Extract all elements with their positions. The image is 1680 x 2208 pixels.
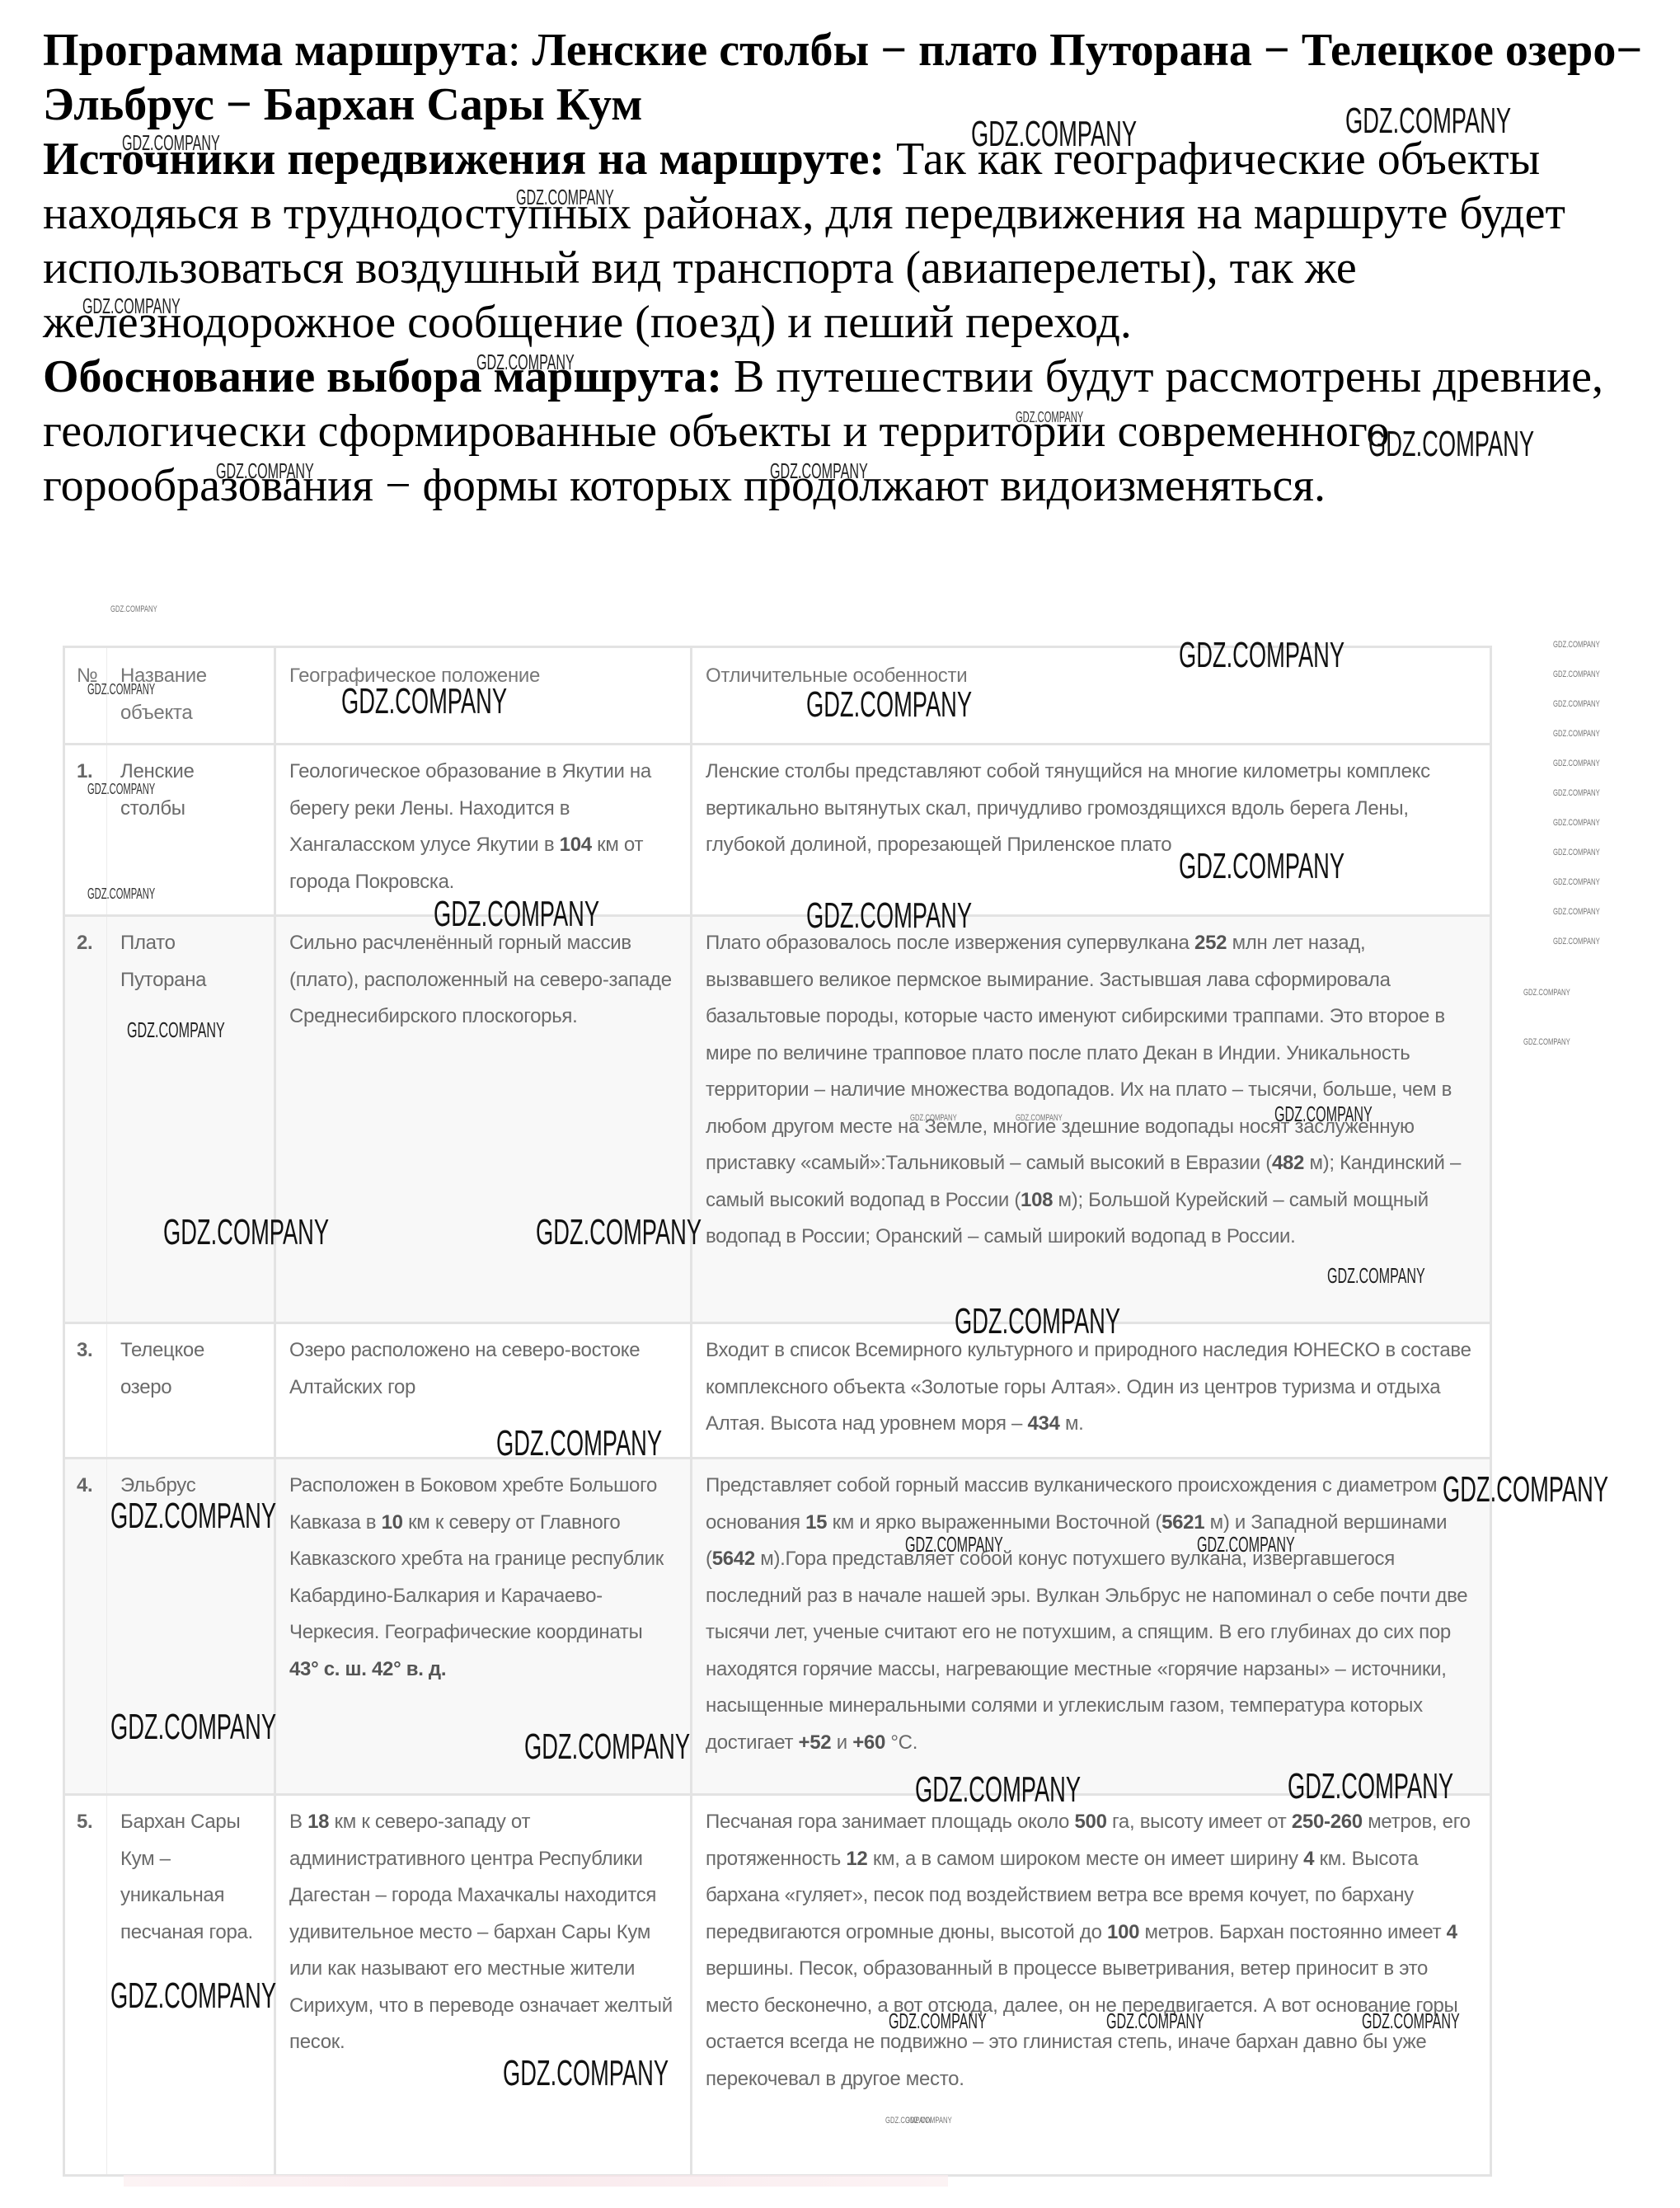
highlighted-value: 12 — [846, 1848, 867, 1870]
header-num: № — [64, 647, 107, 745]
row-features: Песчаная гора занимает площадь около 500… — [692, 1795, 1491, 2176]
highlighted-value: 252 — [1194, 932, 1227, 954]
highlighted-value: 18 — [307, 1811, 329, 1833]
highlighted-value: 108 — [1021, 1189, 1053, 1211]
header-geo: Географическое положение — [275, 647, 692, 745]
cell-text: Сильно расчленённый горный массив (плато… — [289, 932, 672, 1027]
reason-label: Обоснование выбора маршрута: — [43, 351, 722, 402]
watermark: GDZ.COMPANY — [1523, 988, 1570, 998]
header-name: Название объекта — [107, 647, 275, 745]
highlighted-value: 43° с. ш. 42° в. д. — [289, 1658, 446, 1680]
table-body: 1. Ленские столбы Геологическое образова… — [64, 745, 1491, 2176]
table-row: 3. Телецкое озеро Озеро расположено на с… — [64, 1323, 1491, 1459]
row-num: 4. — [77, 1474, 92, 1496]
table-row: 5. Бархан Сары Кум – уникальная песчаная… — [64, 1795, 1491, 2176]
cell-text: и — [831, 1731, 852, 1754]
cell-text: Озеро расположено на северо-востоке Алта… — [289, 1339, 640, 1398]
transport-paragraph: Источники передвижения на маршруте: Так … — [43, 132, 1659, 350]
highlighted-value: 5621 — [1161, 1511, 1204, 1534]
row-features: Входит в список Всемирного культурного и… — [692, 1323, 1491, 1459]
highlighted-value: 4 — [1447, 1921, 1457, 1943]
watermark: GDZ.COMPANY — [1553, 788, 1600, 798]
route-intro: Программа маршрута: Ленские столбы − пла… — [43, 23, 1659, 513]
highlighted-value: +52 — [799, 1731, 832, 1754]
cell-text: км, а в самом широком месте он имеет шир… — [867, 1848, 1303, 1870]
cell-text: Песчаная гора занимает площадь около — [706, 1811, 1074, 1833]
row-geo: Озеро расположено на северо-востоке Алта… — [275, 1323, 692, 1459]
cell-text: м).Гора представляет собой конус потухше… — [706, 1548, 1467, 1754]
table-row: 1. Ленские столбы Геологическое образова… — [64, 745, 1491, 916]
watermark: GDZ.COMPANY — [1553, 818, 1600, 828]
table-row: 4. Эльбрус Расположен в Боковом хребте Б… — [64, 1459, 1491, 1795]
row-name: Бархан Сары Кум – уникальная песчаная го… — [120, 1811, 253, 1943]
route-objects-table: № Название объекта Географическое положе… — [63, 646, 1492, 2177]
row-features: Ленские столбы представляют собой тянущи… — [692, 745, 1491, 916]
cell-text: метров. Бархан постоянно имеет — [1139, 1921, 1446, 1943]
cell-text: Плато образовалось после извержения супе… — [706, 932, 1194, 954]
watermark: GDZ.COMPANY — [1553, 729, 1600, 739]
cell-text: га, высоту имеет от — [1107, 1811, 1292, 1833]
program-colon: : — [508, 25, 533, 76]
highlighted-value: 100 — [1107, 1921, 1139, 1943]
highlighted-value: 434 — [1027, 1412, 1059, 1435]
row-geo: Расположен в Боковом хребте Большого Кав… — [275, 1459, 692, 1795]
row-features: Плато образовалось после извержения супе… — [692, 916, 1491, 1323]
cell-text: км к северо-западу от административного … — [289, 1811, 673, 2053]
table-row: 2. Плато Путорана Сильно расчленённый го… — [64, 916, 1491, 1323]
watermark: GDZ.COMPANY — [1553, 937, 1600, 947]
cell-text: млн лет назад, вызвавшего великое пермск… — [706, 932, 1452, 1174]
row-name: Телецкое озеро — [120, 1339, 204, 1398]
transport-label: Источники передвижения на маршруте: — [43, 134, 885, 185]
cell-text: м. — [1060, 1412, 1084, 1435]
row-num: 5. — [77, 1811, 92, 1833]
highlighted-value: 15 — [805, 1511, 827, 1534]
watermark: GDZ.COMPANY — [1553, 669, 1600, 679]
cell-text: вершины. Песок, образованный в процессе … — [706, 1957, 1458, 2090]
row-geo: Геологическое образование в Якутии на бе… — [275, 745, 692, 916]
highlighted-value: 250-260 — [1292, 1811, 1363, 1833]
cell-text: В — [289, 1811, 307, 1833]
row-num: 1. — [77, 760, 92, 782]
row-geo: В 18 км к северо-западу от административ… — [275, 1795, 692, 2176]
reason-paragraph: Обоснование выбора маршрута: В путешеств… — [43, 350, 1659, 513]
highlighted-value: 4 — [1303, 1848, 1314, 1870]
row-features: Представляет собой горный массив вулкани… — [692, 1459, 1491, 1795]
cell-text: Входит в список Всемирного культурного и… — [706, 1339, 1471, 1435]
highlighted-value: 10 — [382, 1511, 403, 1534]
row-geo: Сильно расчленённый горный массив (плато… — [275, 916, 692, 1323]
row-name: Эльбрус — [120, 1474, 195, 1496]
watermark: GDZ.COMPANY — [1553, 759, 1600, 768]
cell-text: Ленские столбы представляют собой тянущи… — [706, 760, 1430, 856]
cell-text: км и ярко выраженными Восточной ( — [827, 1511, 1161, 1534]
watermark: GDZ.COMPANY — [1523, 1037, 1570, 1047]
watermark: GDZ.COMPANY — [1553, 848, 1600, 857]
row-name: Плато Путорана — [120, 932, 206, 991]
faded-bottom-strip — [124, 2175, 948, 2187]
watermark: GDZ.COMPANY — [1553, 877, 1600, 887]
table-header-row: № Название объекта Географическое положе… — [64, 647, 1491, 745]
highlighted-value: +60 — [852, 1731, 885, 1754]
watermark: GDZ.COMPANY — [1553, 699, 1600, 709]
watermark: GDZ.COMPANY — [110, 604, 157, 614]
highlighted-value: 104 — [560, 834, 592, 856]
highlighted-value: 482 — [1272, 1152, 1304, 1174]
row-num: 2. — [77, 932, 92, 954]
watermark: GDZ.COMPANY — [1553, 907, 1600, 917]
highlighted-value: 500 — [1074, 1811, 1106, 1833]
header-features: Отличительные особенности — [692, 647, 1491, 745]
highlighted-value: 5642 — [712, 1548, 755, 1570]
program-line: Программа маршрута: Ленские столбы − пла… — [43, 23, 1659, 132]
row-num: 3. — [77, 1339, 92, 1361]
row-name: Ленские столбы — [120, 760, 195, 820]
watermark: GDZ.COMPANY — [1553, 640, 1600, 650]
cell-text: °С. — [885, 1731, 917, 1754]
program-label: Программа маршрута — [43, 25, 508, 76]
